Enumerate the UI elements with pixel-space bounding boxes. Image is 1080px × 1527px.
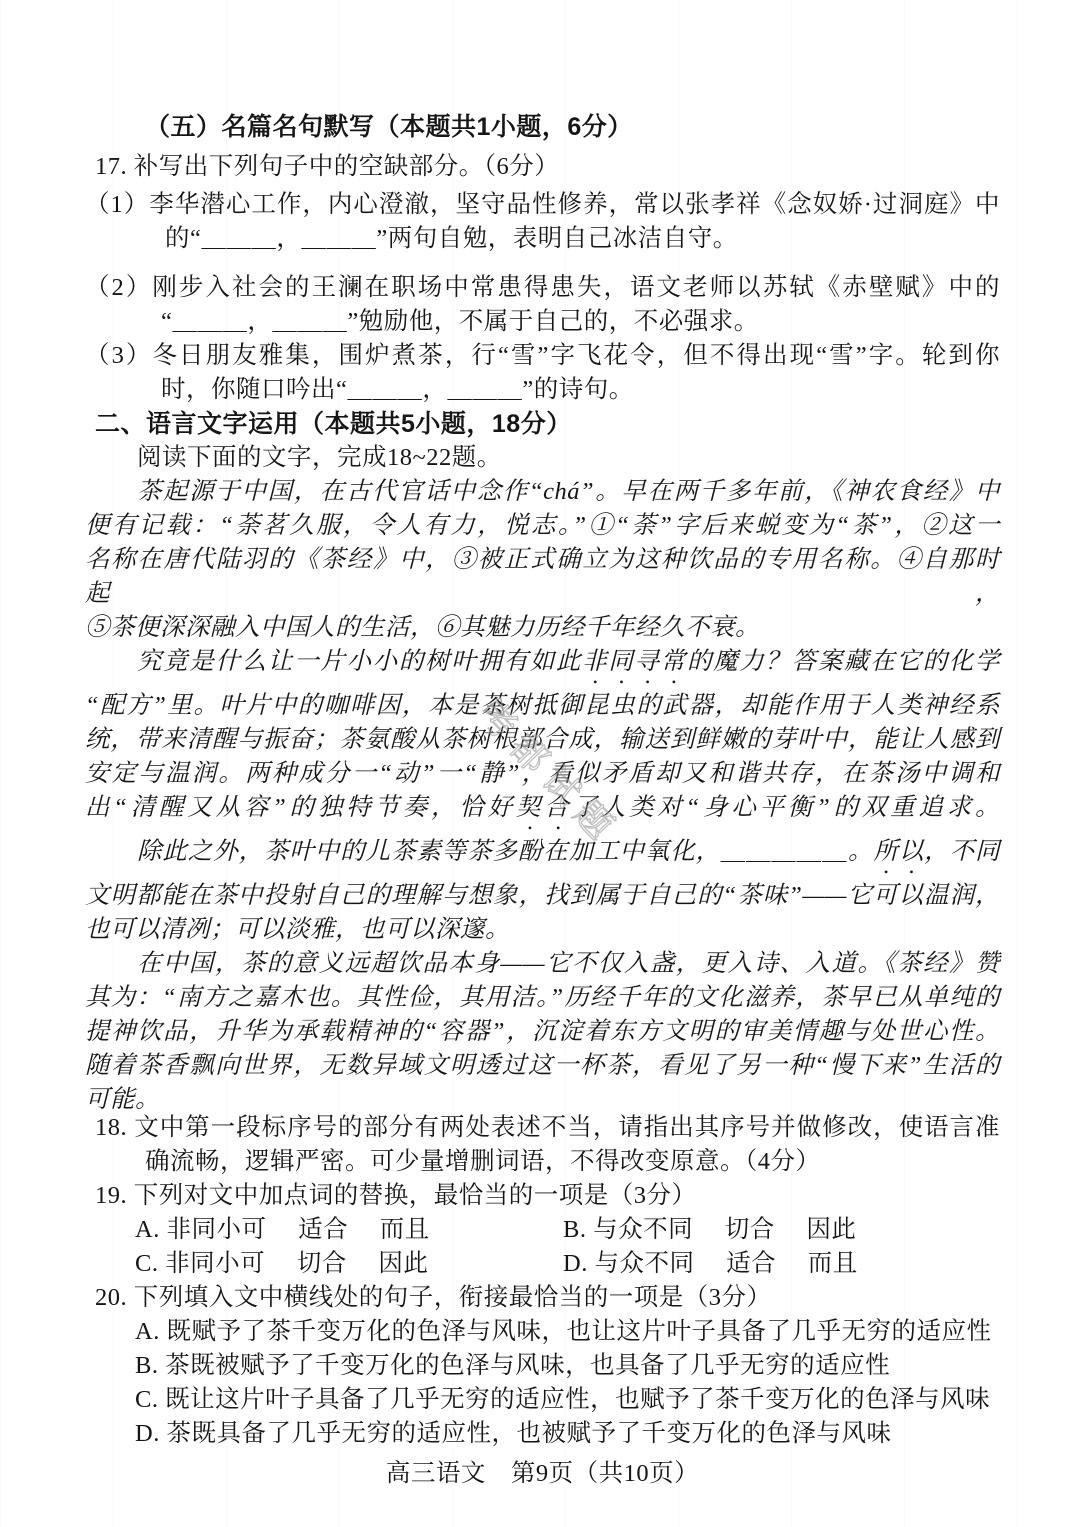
passage-p1-line3: 名称在唐代陆羽的《茶经》中，③被正式确立为这种饮品的专用名称。④自那时起， xyxy=(85,543,1000,611)
q17-item3-line2: 时，你随口吟出“＿＿＿，＿＿＿”的诗句。 xyxy=(161,373,1000,407)
q17-item2-line2: “＿＿＿，＿＿＿”勉励他，不属于自己的，不必强求。 xyxy=(161,305,1000,339)
passage-text: 了人类对“身心平衡”的双重追求。 xyxy=(572,794,1000,821)
passage-intro: 阅读下面的文字，完成18~22题。 xyxy=(137,441,1000,475)
q19-stem: 19. 下列对文中加点词的替换，最恰当的一项是（3分） xyxy=(95,1179,1000,1213)
page-content: （五）名篇名句默写（本题共1小题，6分） 17. 补写出下列句子中的空缺部分。（… xyxy=(85,110,1000,1491)
emphasized-word: 非同寻常 xyxy=(582,648,687,675)
q17-item1-line2: 的“＿＿＿，＿＿＿”两句自勉，表明自己冰洁自守。 xyxy=(165,222,1000,256)
passage-text: 究竟是什么让一片小小的树叶拥有如此 xyxy=(137,648,582,675)
passage-text: ，不同 xyxy=(924,838,1000,865)
q17-item3-line1: （3）冬日朋友雅集，围炉煮茶，行“雪”字飞花令，但不得出现“雪”字。轮到你 xyxy=(85,339,1000,373)
q17-item1-line1: （1）李华潜心工作，内心澄澈，坚守品性修养，常以张孝祥《念奴娇·过洞庭》中 xyxy=(85,188,1000,222)
passage-text: 的魔力？答案藏在它的化学 xyxy=(687,648,1000,675)
page-footer: 高三语文 第9页（共10页） xyxy=(85,1457,1000,1491)
q19-options-row1: A. 非同小可 适合 而且B. 与众不同 切合 因此 xyxy=(135,1213,1000,1247)
q20-option-d: D. 茶既具备了几乎无穷的适应性，也被赋予了千变万化的色泽与风味 xyxy=(135,1417,1000,1451)
emphasized-word: 所以 xyxy=(873,838,924,865)
q19-option-b: B. 与众不同 切合 因此 xyxy=(563,1216,856,1243)
passage-text: 除此之外，茶叶中的儿茶素等茶多酚在加工中氧化， xyxy=(137,838,721,865)
passage-p4-line2: 其为：“南方之嘉木也。其性俭，其用洁。”历经千年的文化滋养，茶早已从单纯的 xyxy=(85,981,1000,1015)
passage-p3-line2: 文明都能在茶中投射自己的理解与想象，找到属于自己的“茶味”——它可以温润， xyxy=(85,879,1000,913)
passage-p1-line2: 便有记载：“荼茗久服，令人有力，悦志。”①“荼”字后来蜕变为“茶”，②这一 xyxy=(85,509,1000,543)
passage-p2-line1: 究竟是什么让一片小小的树叶拥有如此非同寻常的魔力？答案藏在它的化学 xyxy=(85,645,1000,689)
passage-p2-line4: 安定与温润。两种成分一“动”一“静”，看似矛盾却又和谐共存，在茶汤中调和 xyxy=(85,757,1000,791)
passage-p2-line3: 统，带来清醒与振奋；茶氨酸从茶树根部合成，输送到鲜嫩的芽叶中，能让人感到 xyxy=(85,723,1000,757)
passage-p1-line1: 茶起源于中国，在古代官话中念作“chá”。早在两千多年前，《神农食经》中 xyxy=(85,475,1000,509)
passage-p4-line1: 在中国，茶的意义远超饮品本身——它不仅入盏，更入诗、入道。《茶经》赞 xyxy=(85,947,1000,981)
q19-option-c: C. 非同小可 切合 因此 xyxy=(135,1247,563,1281)
q19-options-row2: C. 非同小可 切合 因此D. 与众不同 适合 而且 xyxy=(135,1247,1000,1281)
q17-stem: 17. 补写出下列句子中的空缺部分。（6分） xyxy=(95,150,1000,184)
passage-p3-line3: 也可以清冽；可以淡雅，也可以深邃。 xyxy=(85,913,1000,947)
passage-p1-line4: ⑤茶便深深融入中国人的生活，⑥其魅力历经千年经久不衰。 xyxy=(85,611,1000,645)
passage-p2-line5: 出“清醒又从容”的独特节奏，恰好契合了人类对“身心平衡”的双重追求。 xyxy=(85,791,1000,835)
passage-p4-line4: 随着茶香飘向世界，无数异域文明透过这一杯茶，看见了另一种“慢下来”生活的 xyxy=(85,1049,1000,1083)
passage-p2-line2: “配方”里。叶片中的咖啡因，本是茶树抵御昆虫的武器，却能作用于人类神经系 xyxy=(85,689,1000,723)
section2-heading: 二、语言文字运用（本题共5小题，18分） xyxy=(95,407,1000,441)
exam-page: （五）名篇名句默写（本题共1小题，6分） 17. 补写出下列句子中的空缺部分。（… xyxy=(0,0,1080,1527)
fill-in-blank: ＿＿＿＿＿ xyxy=(721,838,848,865)
q18-stem-line2: 确流畅，逻辑严密。可少量增删词语，不得改变原意。（4分） xyxy=(145,1145,1000,1179)
q20-option-b: B. 茶既被赋予了千变万化的色泽与风味，也具备了几乎无穷的适应性 xyxy=(135,1349,1000,1383)
passage-text: 。 xyxy=(848,838,873,865)
q19-option-d: D. 与众不同 适合 而且 xyxy=(563,1250,858,1277)
q20-stem: 20. 下列填入文中横线处的句子，衔接最恰当的一项是（3分） xyxy=(95,1281,1000,1315)
passage-p3-line1: 除此之外，茶叶中的儿茶素等茶多酚在加工中氧化，＿＿＿＿＿。所以，不同 xyxy=(85,835,1000,879)
q20-option-c: C. 既让这片叶子具备了几乎无穷的适应性，也赋予了茶千变万化的色泽与风味 xyxy=(135,1383,1000,1417)
passage-text: 出“清醒又从容”的独特节奏，恰好 xyxy=(85,794,516,821)
passage-p4-line3: 提神饮品，升华为承载精神的“容器”，沉淀着东方文明的审美情趣与处世心性。 xyxy=(85,1015,1000,1049)
q18-stem-line1: 18. 文中第一段标序号的部分有两处表述不当，请指出其序号并做修改，使语言准 xyxy=(95,1111,1000,1145)
emphasized-word: 契合 xyxy=(516,794,573,821)
q19-option-a: A. 非同小可 适合 而且 xyxy=(135,1213,563,1247)
q17-item2-line1: （2）刚步入社会的王澜在职场中常患得患失，语文老师以苏轼《赤壁赋》中的 xyxy=(85,271,1000,305)
section5-heading: （五）名篇名句默写（本题共1小题，6分） xyxy=(145,110,1000,144)
q20-option-a: A. 既赋予了茶千变万化的色泽与风味，也让这片叶子具备了几乎无穷的适应性 xyxy=(135,1315,1000,1349)
